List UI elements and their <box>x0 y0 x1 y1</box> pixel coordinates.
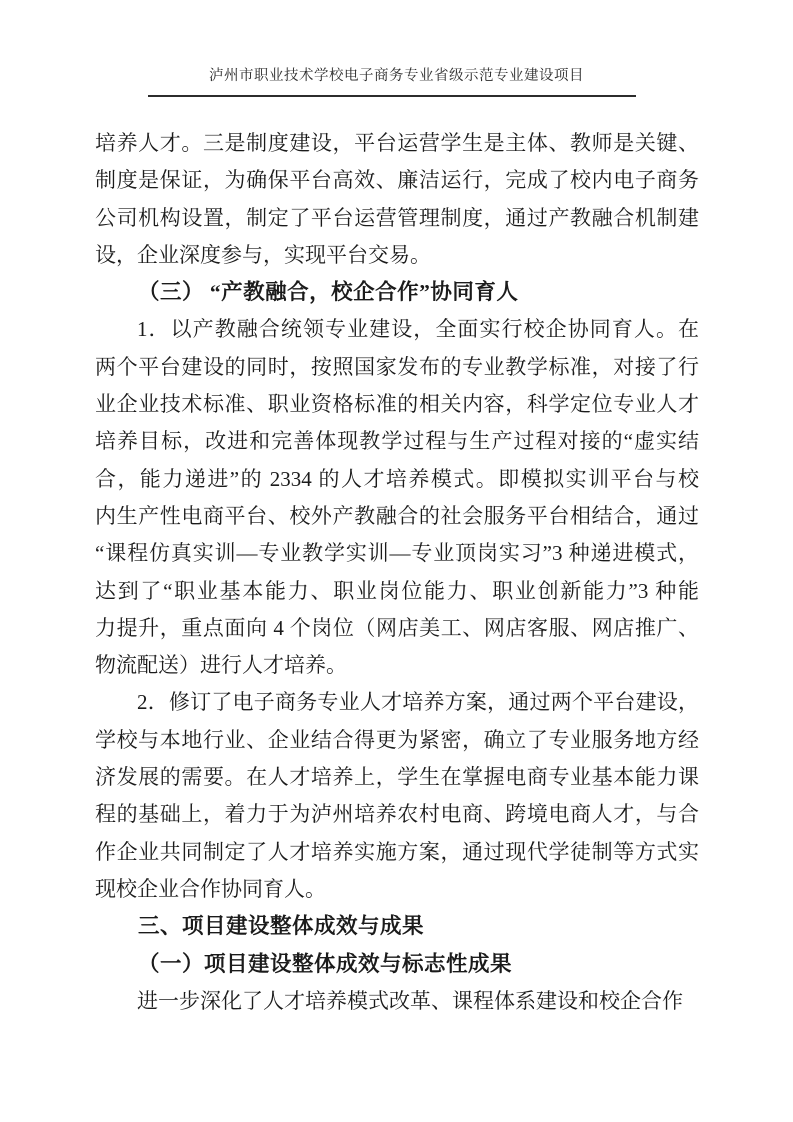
header-title: 泸州市职业技术学校电子商务专业省级示范专业建设项目 <box>209 68 584 84</box>
text-line: 程的基础上，着力于为泸州培养农村电商、跨境电商人才，与合 <box>95 796 699 833</box>
header-rule-divider <box>148 95 636 97</box>
text-line: 培养人才。三是制度建设，平台运营学生是主体、教师是关键、 <box>95 125 699 162</box>
text-line: （三） “产教融合，校企合作”协同育人 <box>95 274 699 311</box>
text-line: 物流配送）进行人才培养。 <box>95 647 699 684</box>
text-line: 制度是保证，为确保平台高效、廉洁运行，完成了校内电子商务 <box>95 162 699 199</box>
heading-section-three: （三） “产教融合，校企合作”协同育人 <box>95 274 699 311</box>
paragraph-2: 2．修订了电子商务专业人才培养方案，通过两个平台建设，学校与本地行业、企业结合得… <box>95 684 699 908</box>
text-line: 现校企业合作协同育人。 <box>95 871 699 908</box>
text-line: 三、项目建设整体成效与成果 <box>95 908 699 945</box>
text-line: 设，企业深度参与，实现平台交易。 <box>95 237 699 274</box>
text-line: 培养目标，改进和完善体现教学过程与生产过程对接的“虚实结 <box>95 423 699 460</box>
text-line: 力提升，重点面向 4 个岗位（网店美工、网店客服、网店推广、 <box>95 610 699 647</box>
text-line: 1．以产教融合统领专业建设，全面实行校企协同育人。在 <box>95 311 699 348</box>
text-line: 学校与本地行业、企业结合得更为紧密，确立了专业服务地方经 <box>95 722 699 759</box>
paragraph-continuation: 培养人才。三是制度建设，平台运营学生是主体、教师是关键、制度是保证，为确保平台高… <box>95 125 699 274</box>
text-line: 2．修订了电子商务专业人才培养方案，通过两个平台建设， <box>95 684 699 721</box>
text-line: 合，能力递进”的 2334 的人才培养模式。即模拟实训平台与校 <box>95 461 699 498</box>
heading-section-one: （一）项目建设整体成效与标志性成果 <box>95 946 699 983</box>
text-line: 两个平台建设的同时，按照国家发布的专业教学标准，对接了行 <box>95 349 699 386</box>
text-line: 业企业技术标准、职业资格标准的相关内容，科学定位专业人才 <box>95 386 699 423</box>
text-line: （一）项目建设整体成效与标志性成果 <box>95 946 699 983</box>
paragraph-3: 进一步深化了人才培养模式改革、课程体系建设和校企合作 <box>95 983 699 1020</box>
text-line: 作企业共同制定了人才培养实施方案，通过现代学徒制等方式实 <box>95 834 699 871</box>
text-line: 济发展的需要。在人才培养上，学生在掌握电商专业基本能力课 <box>95 759 699 796</box>
text-line: 内生产性电商平台、校外产教融合的社会服务平台相结合，通过 <box>95 498 699 535</box>
text-line: “课程仿真实训—专业教学实训—专业顶岗实习”3 种递进模式， <box>95 535 699 572</box>
text-line: 进一步深化了人才培养模式改革、课程体系建设和校企合作 <box>95 983 699 1020</box>
document-page: 泸州市职业技术学校电子商务专业省级示范专业建设项目 培养人才。三是制度建设，平台… <box>0 0 793 1122</box>
page-header: 泸州市职业技术学校电子商务专业省级示范专业建设项目 <box>0 64 793 85</box>
text-line: 公司机构设置，制定了平台运营管理制度，通过产教融合机制建 <box>95 200 699 237</box>
document-body: 培养人才。三是制度建设，平台运营学生是主体、教师是关键、制度是保证，为确保平台高… <box>95 125 699 1020</box>
paragraph-1: 1．以产教融合统领专业建设，全面实行校企协同育人。在两个平台建设的同时，按照国家… <box>95 311 699 684</box>
text-line: 达到了“职业基本能力、职业岗位能力、职业创新能力”3 种能 <box>95 573 699 610</box>
heading-chapter-three: 三、项目建设整体成效与成果 <box>95 908 699 945</box>
